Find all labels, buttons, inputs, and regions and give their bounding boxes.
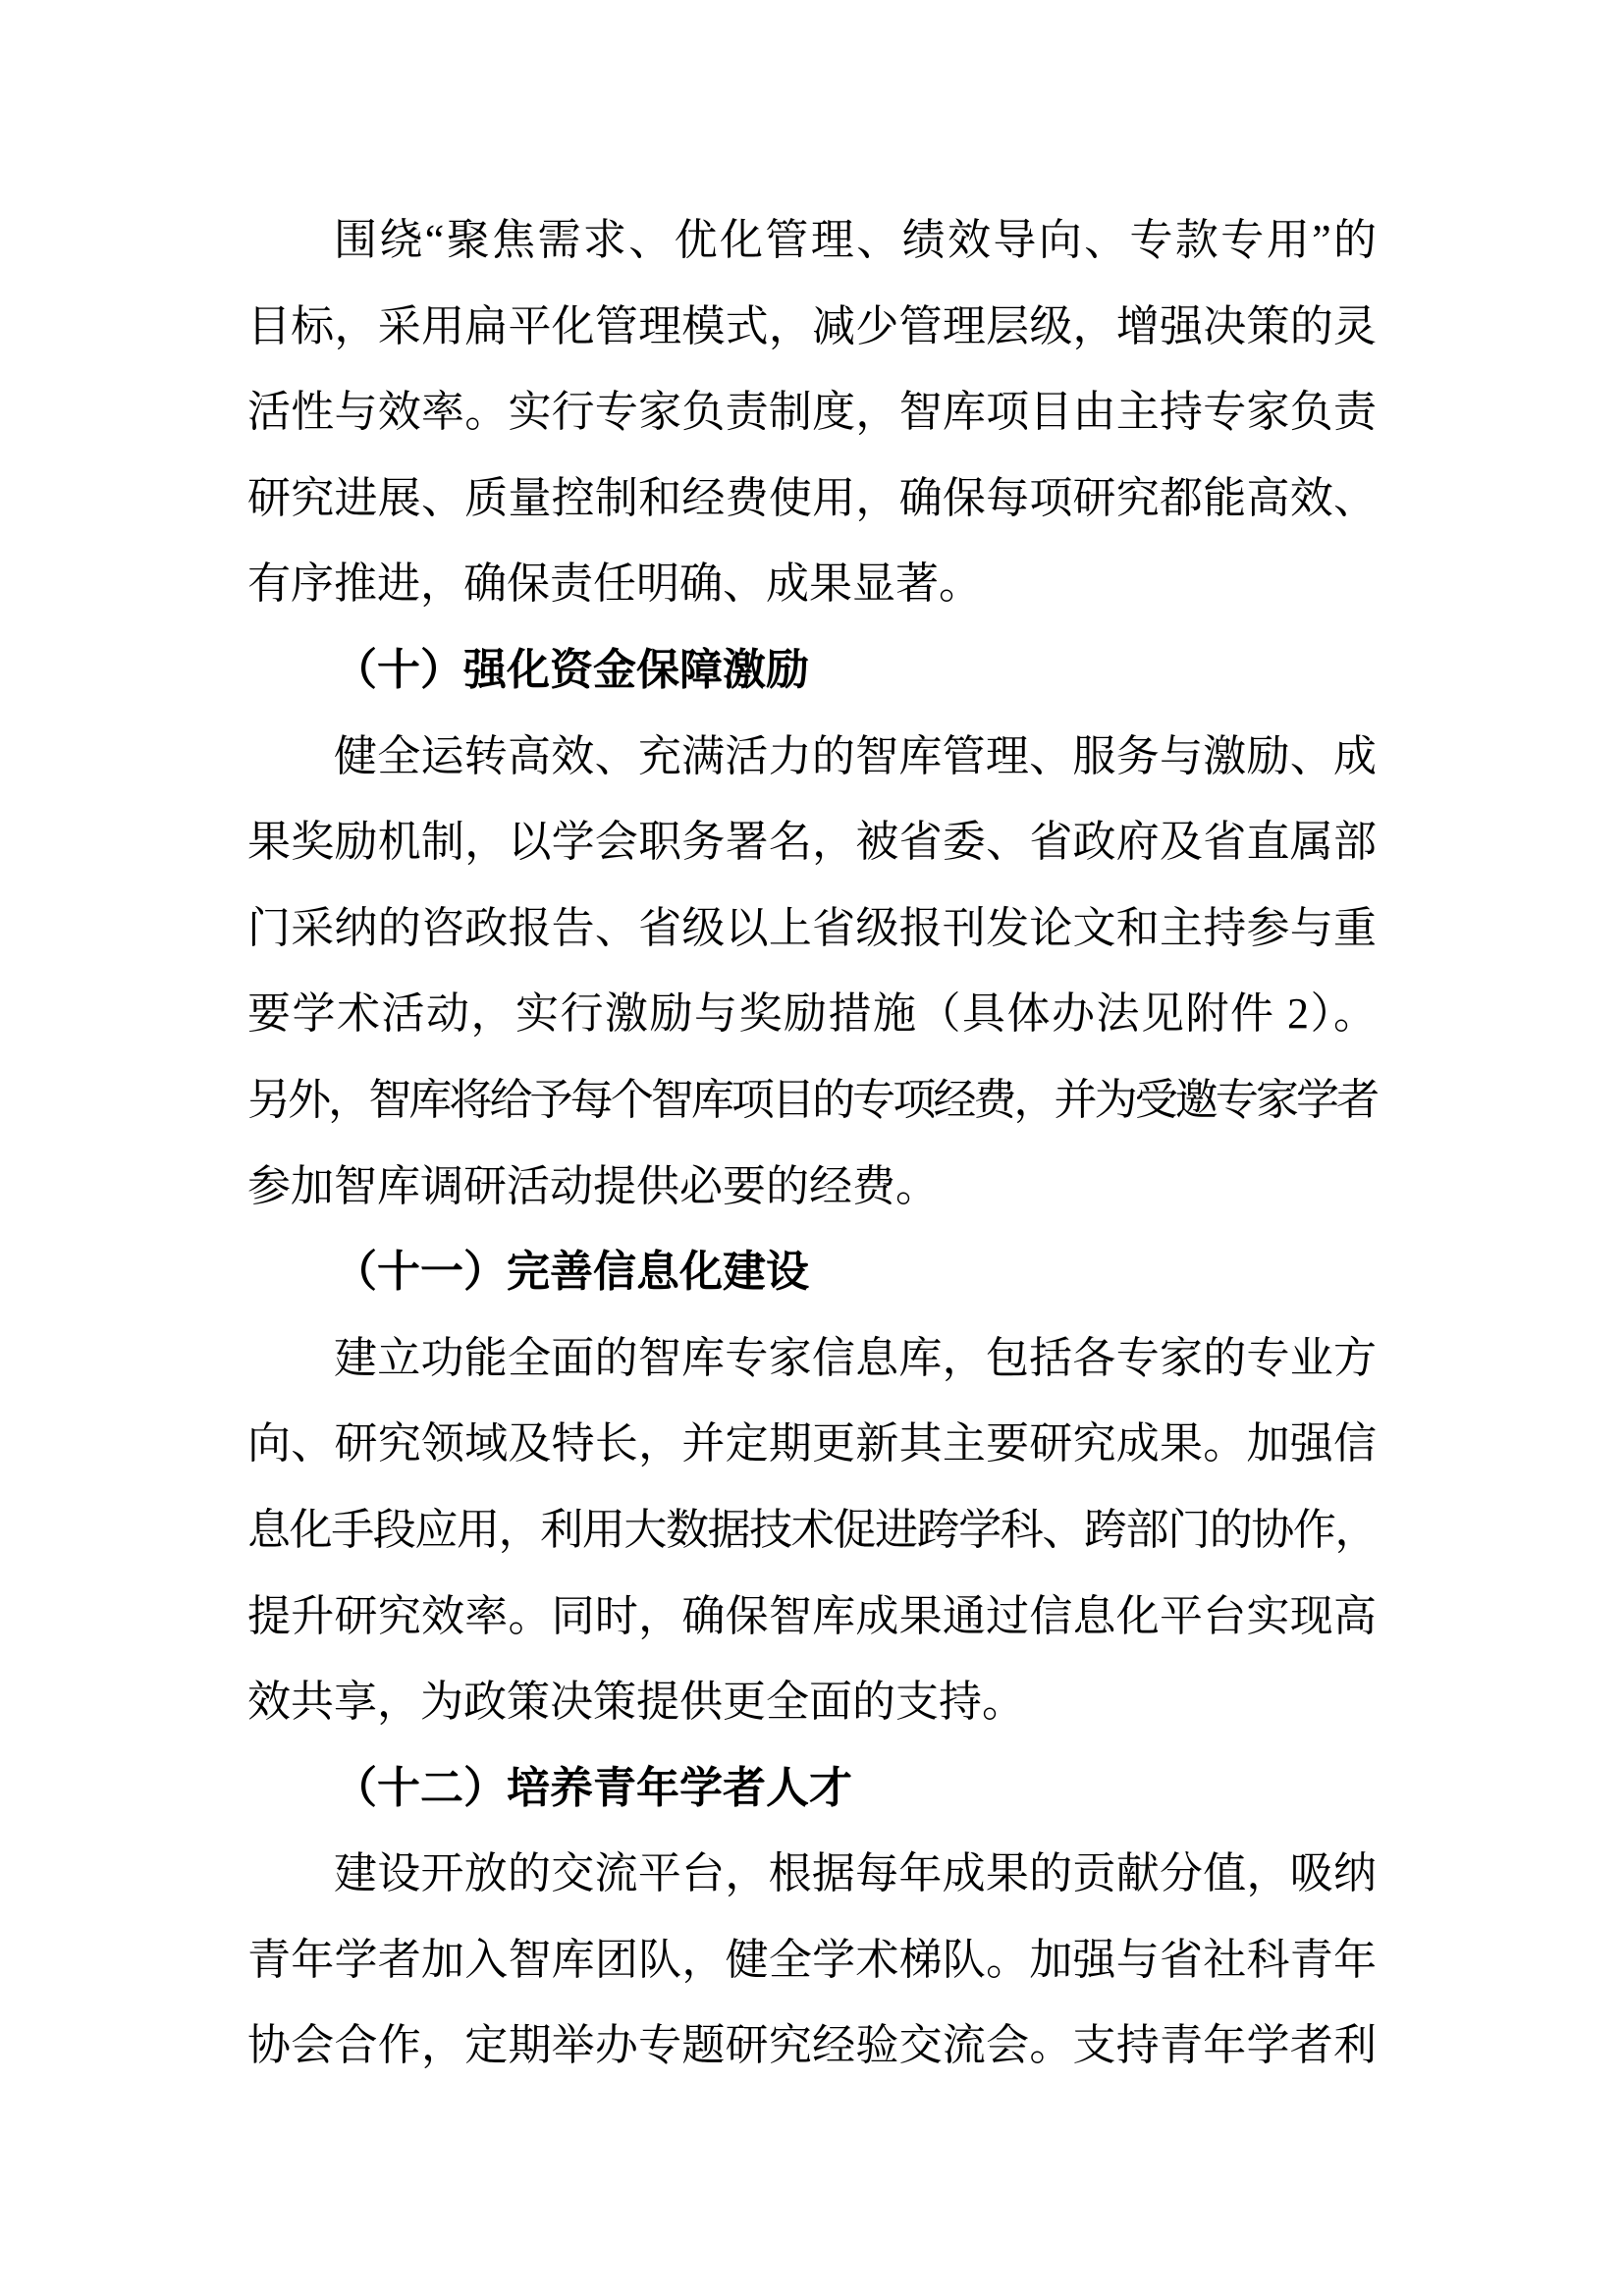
text-line: 活性与效率。实行专家负责制度，智库项目由主持专家负责 bbox=[247, 369, 1377, 455]
text-line: 围绕“聚焦需求、优化管理、绩效导向、专款专用”的 bbox=[247, 197, 1377, 284]
heading-section-12: （十二）培养青年学者人才 bbox=[247, 1745, 1377, 1832]
heading-section-11: （十一）完善信息化建设 bbox=[247, 1229, 1377, 1315]
document-page: 围绕“聚焦需求、优化管理、绩效导向、专款专用”的 目标，采用扁平化管理模式，减少… bbox=[0, 0, 1624, 2296]
text-line: 息化手段应用，利用大数据技术促进跨学科、跨部门的协作， bbox=[247, 1487, 1377, 1574]
text-line: 要学术活动，实行激励与奖励措施（具体办法见附件 2）。 bbox=[247, 971, 1377, 1057]
heading-section-10: （十）强化资金保障激励 bbox=[247, 627, 1377, 714]
text-line: 建立功能全面的智库专家信息库，包括各专家的专业方 bbox=[247, 1315, 1377, 1402]
text-line: 效共享，为政策决策提供更全面的支持。 bbox=[247, 1659, 1377, 1745]
text-line: 协会合作，定期举办专题研究经验交流会。支持青年学者利 bbox=[247, 2002, 1377, 2089]
text-line: 果奖励机制，以学会职务署名，被省委、省政府及省直属部 bbox=[247, 799, 1377, 885]
text-line: 建设开放的交流平台，根据每年成果的贡献分值，吸纳 bbox=[247, 1831, 1377, 1917]
text-line: 研究进展、质量控制和经费使用，确保每项研究都能高效、 bbox=[247, 455, 1377, 542]
text-line: 另外，智库将给予每个智库项目的专项经费，并为受邀专家学者 bbox=[247, 1057, 1377, 1144]
document-body: 围绕“聚焦需求、优化管理、绩效导向、专款专用”的 目标，采用扁平化管理模式，减少… bbox=[247, 197, 1377, 2089]
text-line: 向、研究领域及特长，并定期更新其主要研究成果。加强信 bbox=[247, 1401, 1377, 1487]
text-line: 目标，采用扁平化管理模式，减少管理层级，增强决策的灵 bbox=[247, 284, 1377, 370]
text-line: 有序推进，确保责任明确、成果显著。 bbox=[247, 541, 1377, 627]
text-line: 参加智库调研活动提供必要的经费。 bbox=[247, 1144, 1377, 1230]
text-line: 门采纳的咨政报告、省级以上省级报刊发论文和主持参与重 bbox=[247, 885, 1377, 972]
text-line: 青年学者加入智库团队，健全学术梯队。加强与省社科青年 bbox=[247, 1917, 1377, 2003]
text-line: 健全运转高效、充满活力的智库管理、服务与激励、成 bbox=[247, 714, 1377, 800]
text-line: 提升研究效率。同时，确保智库成果通过信息化平台实现高 bbox=[247, 1574, 1377, 1660]
